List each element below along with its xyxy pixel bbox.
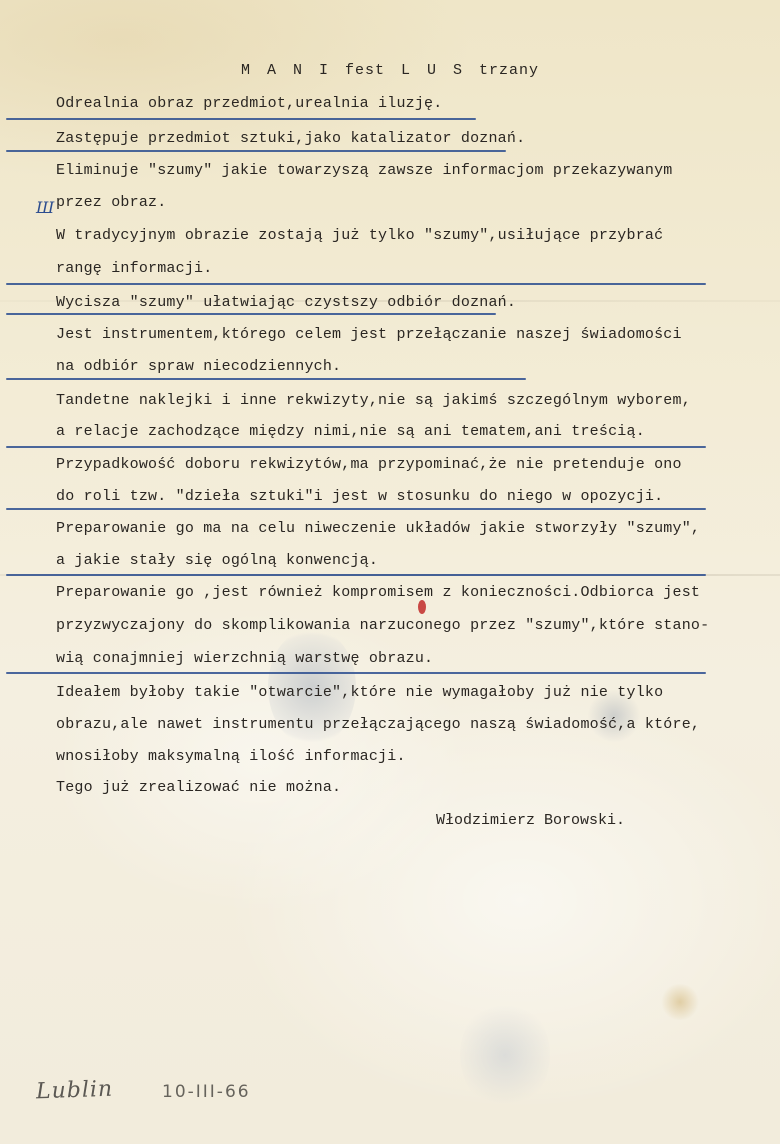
handwritten-annotation-mark: Ш (36, 198, 54, 217)
text-line: wią conajmniej wierzchnią warstwę obrazu… (56, 650, 433, 667)
text-line: przez obraz. (56, 194, 166, 211)
text-line: Eliminuje "szumy" jakie towarzyszą zawsz… (56, 162, 673, 179)
manifesto-title: M A N I fest L U S trzany (0, 62, 780, 79)
rust-stain (660, 984, 700, 1020)
text-line: Preparowanie go ,jest również kompromise… (56, 584, 700, 601)
text-line: a relacje zachodzące między nimi,nie są … (56, 423, 645, 440)
text-line: Wycisza "szumy" ułatwiając czystszy odbi… (56, 294, 516, 311)
pen-underline (6, 150, 506, 152)
red-ink-mark (418, 600, 426, 614)
text-line: Preparowanie go ma na celu niweczenie uk… (56, 520, 700, 537)
pen-underline (6, 378, 526, 380)
text-line: na odbiór spraw niecodziennych. (56, 358, 341, 375)
text-line: Tego już zrealizować nie można. (56, 779, 341, 796)
handwritten-date: 10-III-66 (162, 1082, 251, 1102)
pen-underline (6, 283, 706, 285)
text-line: a jakie stały się ogólną konwencją. (56, 552, 378, 569)
pen-underline (6, 118, 476, 120)
pen-underline (6, 313, 496, 315)
text-line: Zastępuje przedmiot sztuki,jako kataliza… (56, 130, 525, 147)
glue-stain (460, 1000, 550, 1110)
text-line: W tradycyjnym obrazie zostają już tylko … (56, 227, 663, 244)
text-line: obrazu,ale nawet instrumentu przełączają… (56, 716, 700, 733)
text-line: rangę informacji. (56, 260, 212, 277)
text-line: Ideałem byłoby takie "otwarcie",które ni… (56, 684, 663, 701)
text-line: wnosiłoby maksymalną ilość informacji. (56, 748, 406, 765)
text-line: Jest instrumentem,którego celem jest prz… (56, 326, 682, 343)
text-line: Przypadkowość doboru rekwizytów,ma przyp… (56, 456, 682, 473)
text-line: przyzwyczajony do skomplikowania narzuco… (56, 617, 709, 634)
text-line: Tandetne naklejki i inne rekwizyty,nie s… (56, 392, 691, 409)
pen-underline (6, 446, 706, 448)
text-line: Odrealnia obraz przedmiot,urealnia iluzj… (56, 95, 442, 112)
handwritten-place: Lublin (36, 1077, 114, 1105)
text-line: do roli tzw. "dzieła sztuki"i jest w sto… (56, 488, 663, 505)
typed-signature: Włodzimierz Borowski. (436, 812, 625, 829)
pen-underline (6, 672, 706, 674)
scanned-document-page: M A N I fest L U S trzany Odrealnia obra… (0, 0, 780, 1144)
pen-underline (6, 574, 706, 576)
pen-underline (6, 508, 706, 510)
